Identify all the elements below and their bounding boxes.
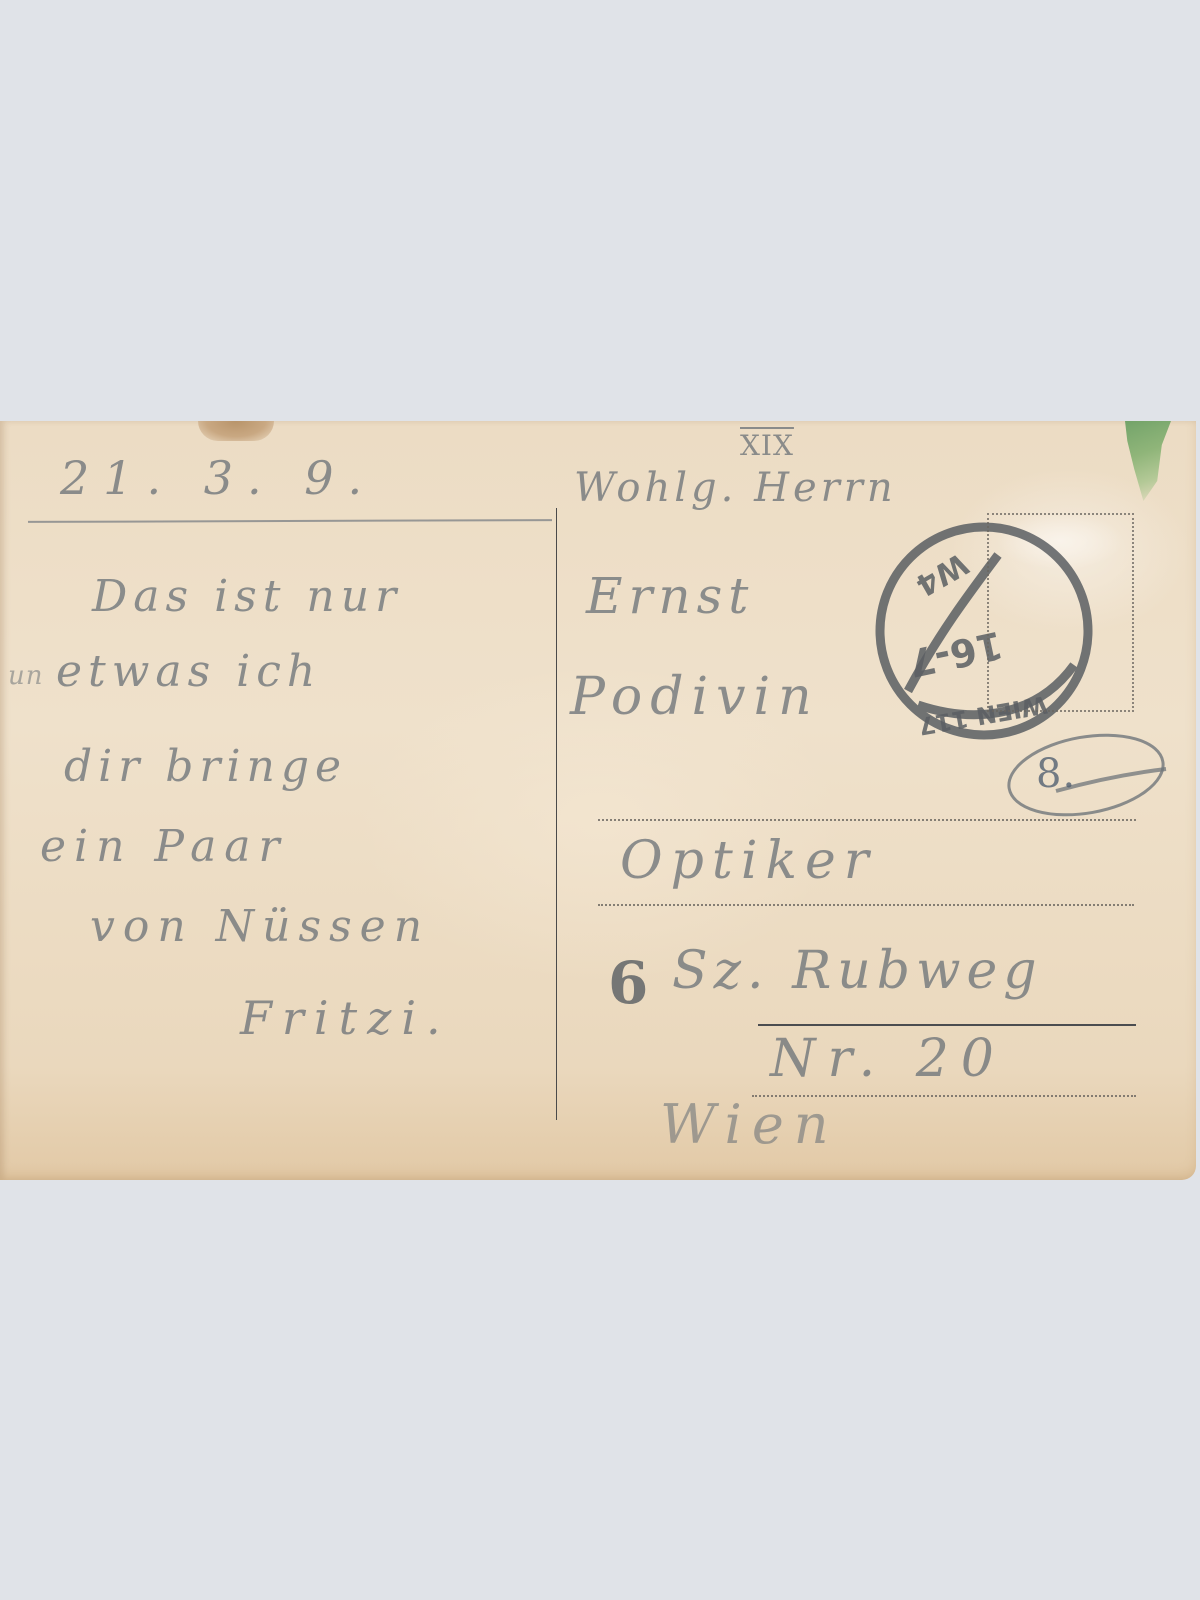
message-date: 21. 3. 9. (60, 451, 376, 505)
water-stain (198, 421, 274, 441)
street-name: Sz. Rubweg (672, 941, 1043, 1001)
date-underline (28, 519, 552, 523)
house-number: Nr. 20 (770, 1029, 1006, 1089)
message-signature: Fritzi. (240, 991, 451, 1045)
recipient-profession: Optiker (620, 831, 877, 891)
message-line-4: ein Paar (40, 821, 288, 872)
address-line-1 (598, 819, 1136, 821)
margin-annotation: un (8, 661, 44, 691)
torn-stamp-remnant (1125, 421, 1171, 501)
salutation: Wohlg. Herrn (574, 465, 897, 511)
message-line-5: von Nüssen (90, 901, 430, 952)
recipient-last-name: Podivin (570, 667, 820, 727)
circled-note-oval (1002, 729, 1172, 819)
message-line-1: Das ist nur (92, 571, 402, 622)
recipient-first-name: Ernst (586, 567, 754, 625)
postcard: 21. 3. 9. Das ist nur un etwas ich dir b… (0, 421, 1196, 1180)
address-line-2 (598, 904, 1134, 906)
center-divider (556, 508, 557, 1120)
address-line-3 (758, 1024, 1136, 1026)
stamp-placement-box (987, 513, 1134, 712)
message-line-2: etwas ich (56, 646, 321, 697)
district-mark: XIX (740, 429, 794, 462)
message-line-3: dir bringe (64, 741, 347, 792)
street-prefix: 6 (608, 949, 649, 1017)
circled-note-text: 8. (1036, 751, 1076, 797)
city: Wien (660, 1093, 839, 1156)
